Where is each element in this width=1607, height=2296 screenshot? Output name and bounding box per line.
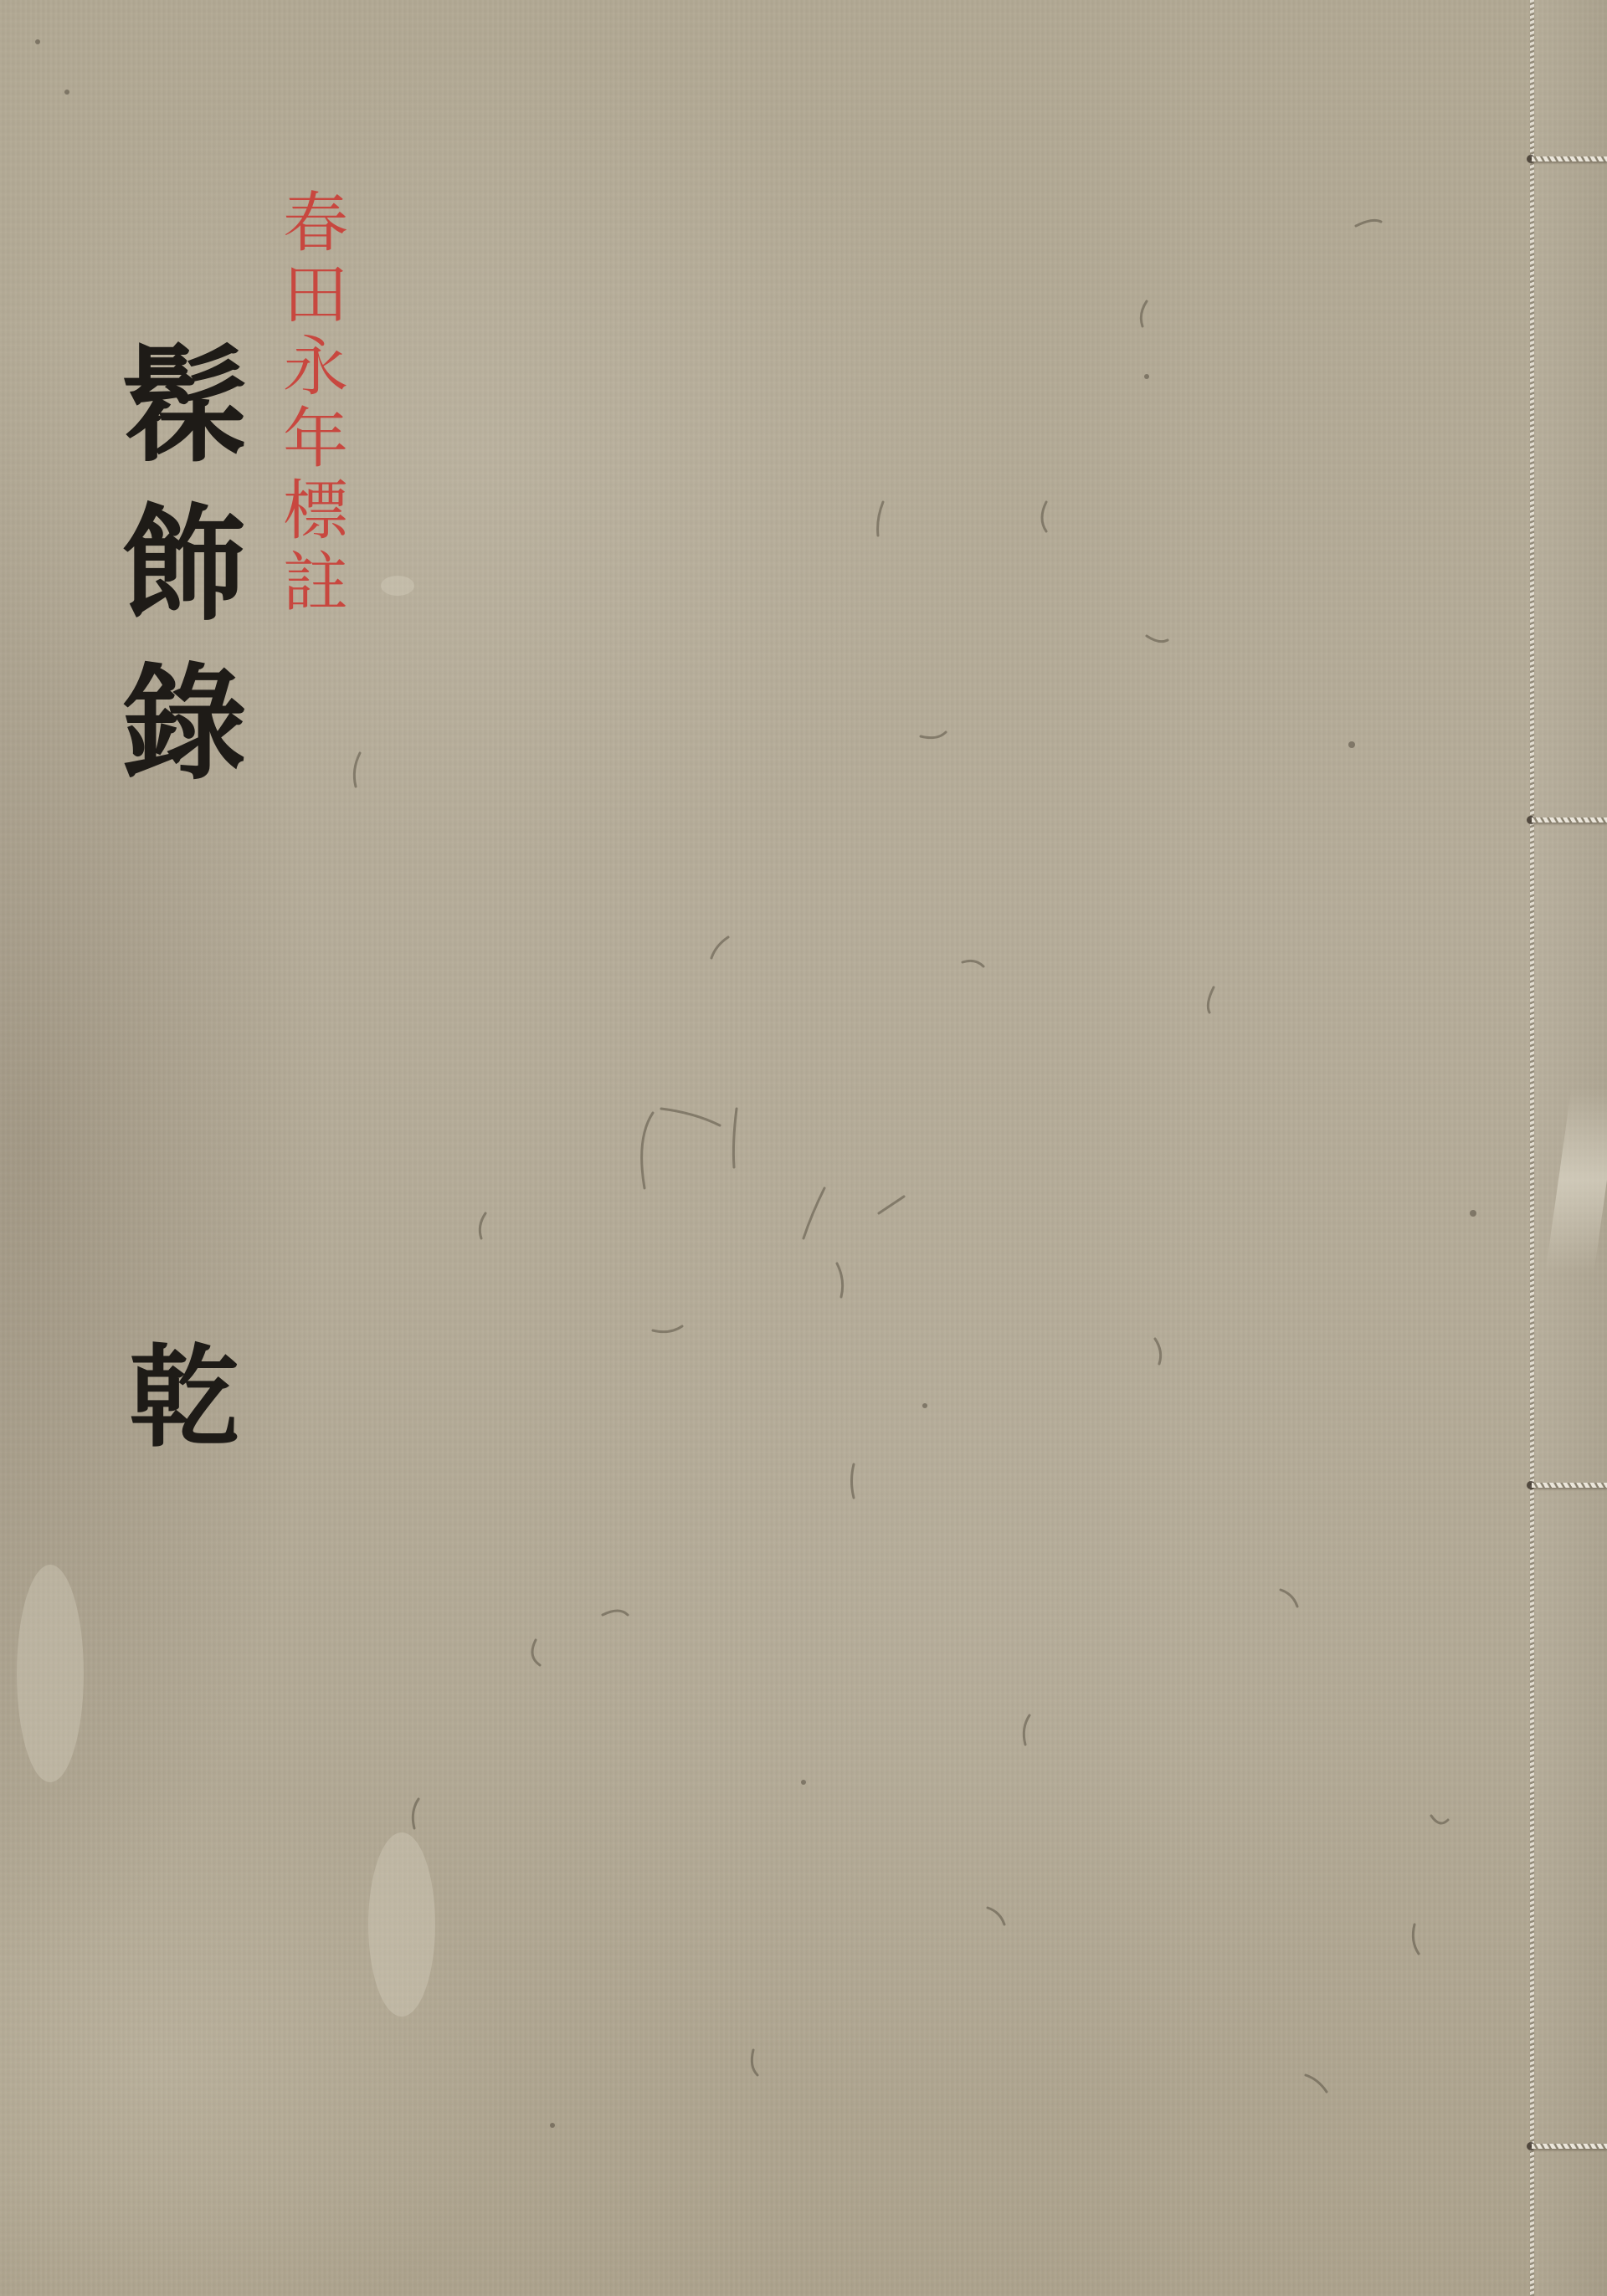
binding-stitch <box>1532 2144 1607 2149</box>
annotation-char: 註 <box>283 551 348 623</box>
volume-marker: 乾 <box>117 1343 251 1453</box>
title-char: 髹 <box>121 343 247 502</box>
binding-thread <box>1530 0 1534 2296</box>
book-cover: 春 田 永 年 標 註 髹 飾 錄 乾 <box>0 0 1607 2296</box>
title-char: 錄 <box>121 661 247 820</box>
red-annotation-column: 春 田 永 年 標 註 <box>270 191 362 623</box>
annotation-char: 田 <box>283 263 348 335</box>
annotation-char: 春 <box>283 191 348 263</box>
title-char: 飾 <box>121 502 247 661</box>
book-title: 髹 飾 錄 <box>109 343 259 820</box>
binding-stitch <box>1532 1483 1607 1488</box>
binding-stitch <box>1532 156 1607 161</box>
annotation-char: 年 <box>283 407 348 479</box>
binding-stitch <box>1532 817 1607 823</box>
annotation-char: 永 <box>283 335 348 407</box>
annotation-char: 標 <box>283 479 348 551</box>
